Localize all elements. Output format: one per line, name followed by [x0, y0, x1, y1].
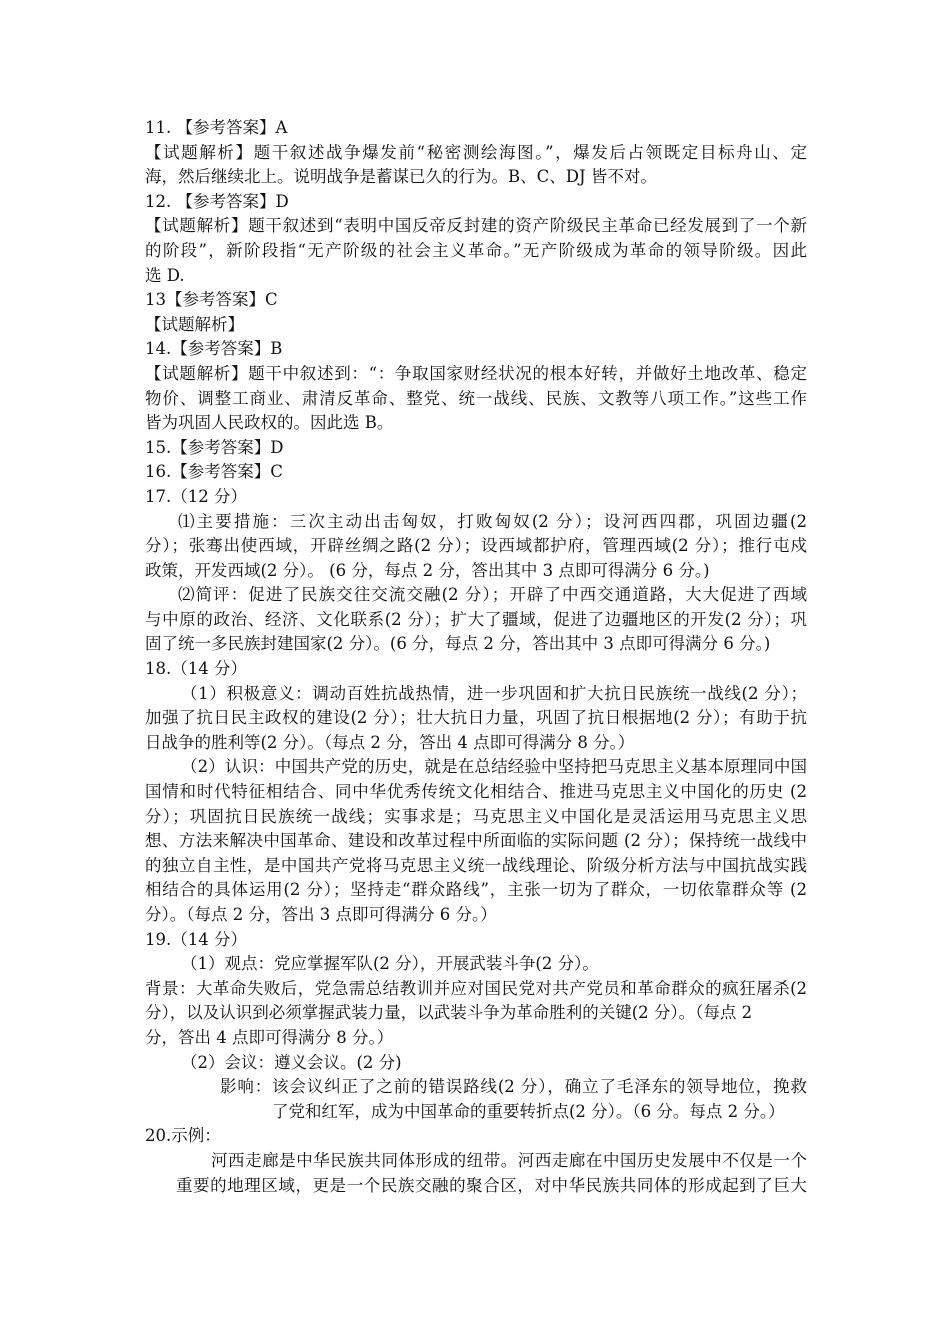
text-line: 物价、调整工商业、肃清反革命、整党、统一战线、民族、文教等八项工作。”这些工作 — [145, 387, 807, 412]
text-line: 固了统一多民族封建国家(2 分）。(6 分，每点 2 分，答出其中 3 点即可得… — [145, 632, 807, 657]
text-line: 18.（14 分） — [145, 657, 807, 682]
text-line: 相结合的具体运用(2 分）；坚持走“群众路线”，主张一切为了群众，一切依靠群众等… — [145, 878, 807, 903]
text-line: 【试题解析】 — [145, 313, 807, 338]
text-line: 19.（14 分） — [145, 928, 807, 953]
text-line: ⑴主要措施：三次主动出击匈奴，打败匈奴(2 分）；设河西四郡，巩固边疆(2 — [145, 510, 807, 535]
text-line: 海，然后继续北上。说明战争是蓄谋已久的行为。B、C、DJ 皆不对。 — [145, 165, 807, 190]
text-line: 重要的地理区域，更是一个民族交融的聚合区，对中华民族共同体的形成起到了巨大 — [145, 1174, 807, 1199]
text-line: 日战争的胜利等(2 分）。（每点 2 分，答出 4 点即可得满分 8 分。） — [145, 731, 807, 756]
text-line: 影响：该会议纠正了之前的错误路线(2 分），确立了毛泽东的领导地位，挽救 — [145, 1075, 807, 1100]
text-line: 20.示例： — [145, 1124, 807, 1149]
text-line: （1）观点：党应掌握军队(2 分），开展武装斗争(2 分）。 — [145, 952, 807, 977]
answer-key-page: 11. 【参考答案】A【试题解析】题干叙述战争爆发前“秘密测绘海图。”，爆发后占… — [145, 116, 807, 1198]
text-line: 分）。（每点 2 分，答出 3 点即可得满分 6 分。） — [145, 903, 807, 928]
text-line: （2）认识：中国共产党的历史，就是在总结经验中坚持把马克思主义基本原理同中国 — [145, 755, 807, 780]
text-line: 【试题解析】题干叙述到“表明中国反帝反封建的资产阶级民主革命已经发展到了一个新 — [145, 214, 807, 239]
text-line: 15.【参考答案】D — [145, 436, 807, 461]
text-line: 选 D. — [145, 264, 807, 289]
text-line: （1）积极意义：调动百姓抗战热情，进一步巩固和扩大抗日民族统一战线(2 分）； — [145, 682, 807, 707]
text-line: （2）会议：遵义会议。(2 分) — [145, 1051, 807, 1076]
text-line: 12. 【参考答案】D — [145, 190, 807, 215]
text-line: 分）；张骞出使西域，开辟丝绸之路(2 分）；设西域都护府，管理西域(2 分）；推… — [145, 534, 807, 559]
text-line: 了党和红军，成为中国革命的重要转折点(2 分）。（6 分。每点 2 分。） — [145, 1100, 807, 1125]
text-line: 政策，开发西域(2 分）。 (6 分，每点 2 分，答出其中 3 点即可得满分 … — [145, 559, 807, 584]
text-line: 11. 【参考答案】A — [145, 116, 807, 141]
text-line: ⑵简评：促进了民族交往交流交融(2 分）；开辟了中西交通道路，大大促进了西域 — [145, 583, 807, 608]
text-line: 分，答出 4 点即可得满分 8 分。） — [145, 1026, 807, 1051]
text-line: 国情和时代特征相结合、同中华优秀传统文化相结合、推进马克思主义中国化的历史 (2 — [145, 780, 807, 805]
text-line: 16.【参考答案】C — [145, 460, 807, 485]
text-line: 皆为巩固人民政权的。因此选 B。 — [145, 411, 807, 436]
text-line: 分）；巩固抗日民族统一战线；实事求是；马克思主义中国化是灵活运用马克思主义思 — [145, 805, 807, 830]
text-line: 的独立自主性，是中国共产党将马克思主义统一战线理论、阶级分析方法与中国抗战实践 — [145, 854, 807, 879]
text-line: 河西走廊是中华民族共同体形成的纽带。河西走廊在中国历史发展中不仅是一个 — [145, 1149, 807, 1174]
text-line: 想、方法来解决中国革命、建设和改革过程中所面临的实际问题 (2 分）；保持统一战… — [145, 829, 807, 854]
text-line: 与中原的政治、经济、文化联系(2 分）；扩大了疆域，促进了边疆地区的开发(2 分… — [145, 608, 807, 633]
text-line: 13【参考答案】C — [145, 288, 807, 313]
text-line: 分），以及认识到必须掌握武装力量，以武装斗争为革命胜利的关键(2 分）。（每点 … — [145, 1001, 807, 1026]
text-line: 17.（12 分） — [145, 485, 807, 510]
text-line: 的阶段”，新阶段指“无产阶级的社会主义革命。”无产阶级成为革命的领导阶级。因此 — [145, 239, 807, 264]
text-line: 【试题解析】题干中叙述到：“：争取国家财经状况的根本好转，并做好土地改革、稳定 — [145, 362, 807, 387]
text-line: 14.【参考答案】B — [145, 337, 807, 362]
text-line: 【试题解析】题干叙述战争爆发前“秘密测绘海图。”，爆发后占领既定目标舟山、定 — [145, 141, 807, 166]
text-line: 背景：大革命失败后，党急需总结教训并应对国民党对共产党员和革命群众的疯狂屠杀(2 — [145, 977, 807, 1002]
text-line: 加强了抗日民主政权的建设(2 分）；壮大抗日力量，巩固了抗日根据地(2 分）；有… — [145, 706, 807, 731]
